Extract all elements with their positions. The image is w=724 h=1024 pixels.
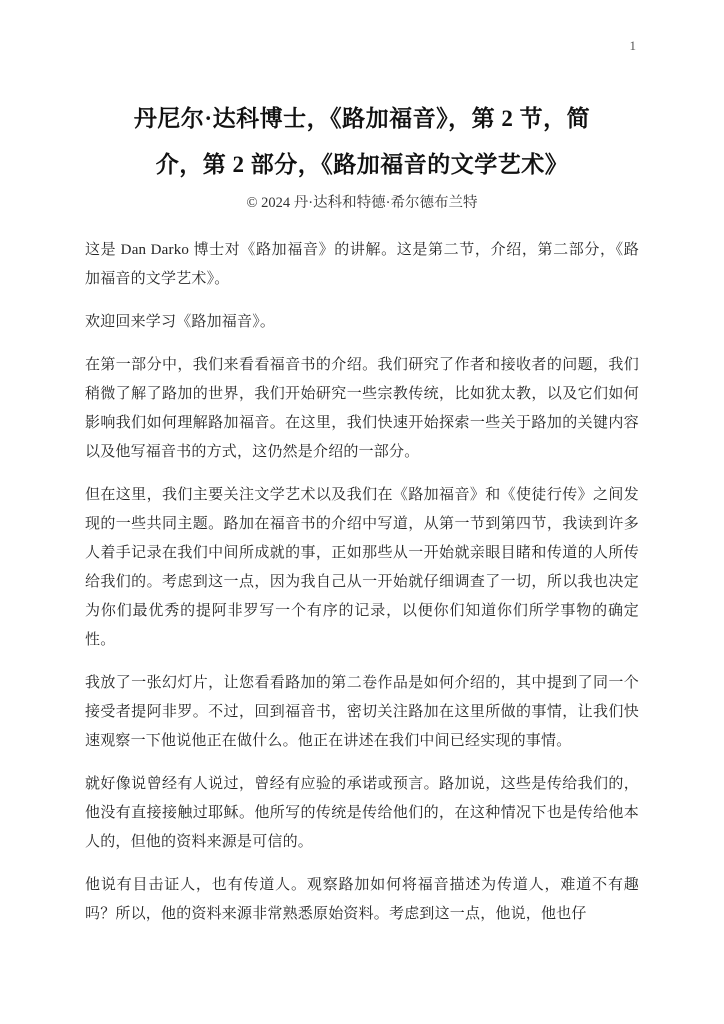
paragraph: 就好像说曾经有人说过，曾经有应验的承诺或预言。路加说，这些是传给我们的，他没有直… [85,770,639,857]
paragraph: 他说有目击证人，也有传道人。观察路加如何将福音描述为传道人，难道不有趣吗？所以，… [85,871,639,929]
paragraph: 在第一部分中，我们来看看福音书的介绍。我们研究了作者和接收者的问题，我们稍微了解… [85,351,639,467]
copyright-line: © 2024 丹·达科和特德·希尔德布兰特 [85,192,639,214]
document-page: 1 丹尼尔·达科博士，《路加福音》，第 2 节，简 介，第 2 部分，《路加福音… [0,0,724,1024]
paragraph: 这是 Dan Darko 博士对《路加福音》的讲解。这是第二节，介绍，第二部分，… [85,236,639,294]
paragraph: 我放了一张幻灯片，让您看看路加的第二卷作品是如何介绍的，其中提到了同一个接受者提… [85,669,639,756]
page-content: 丹尼尔·达科博士，《路加福音》，第 2 节，简 介，第 2 部分，《路加福音的文… [0,0,724,929]
title-line-1: 丹尼尔·达科博士，《路加福音》，第 2 节，简 [85,96,639,142]
paragraph: 但在这里，我们主要关注文学艺术以及我们在《路加福音》和《使徒行传》之间发现的一些… [85,481,639,655]
page-number: 1 [630,38,637,54]
document-body: 这是 Dan Darko 博士对《路加福音》的讲解。这是第二节，介绍，第二部分，… [85,236,639,929]
paragraph: 欢迎回来学习《路加福音》。 [85,308,639,337]
document-title: 丹尼尔·达科博士，《路加福音》，第 2 节，简 介，第 2 部分，《路加福音的文… [85,96,639,188]
title-line-2: 介，第 2 部分，《路加福音的文学艺术》 [85,142,639,188]
